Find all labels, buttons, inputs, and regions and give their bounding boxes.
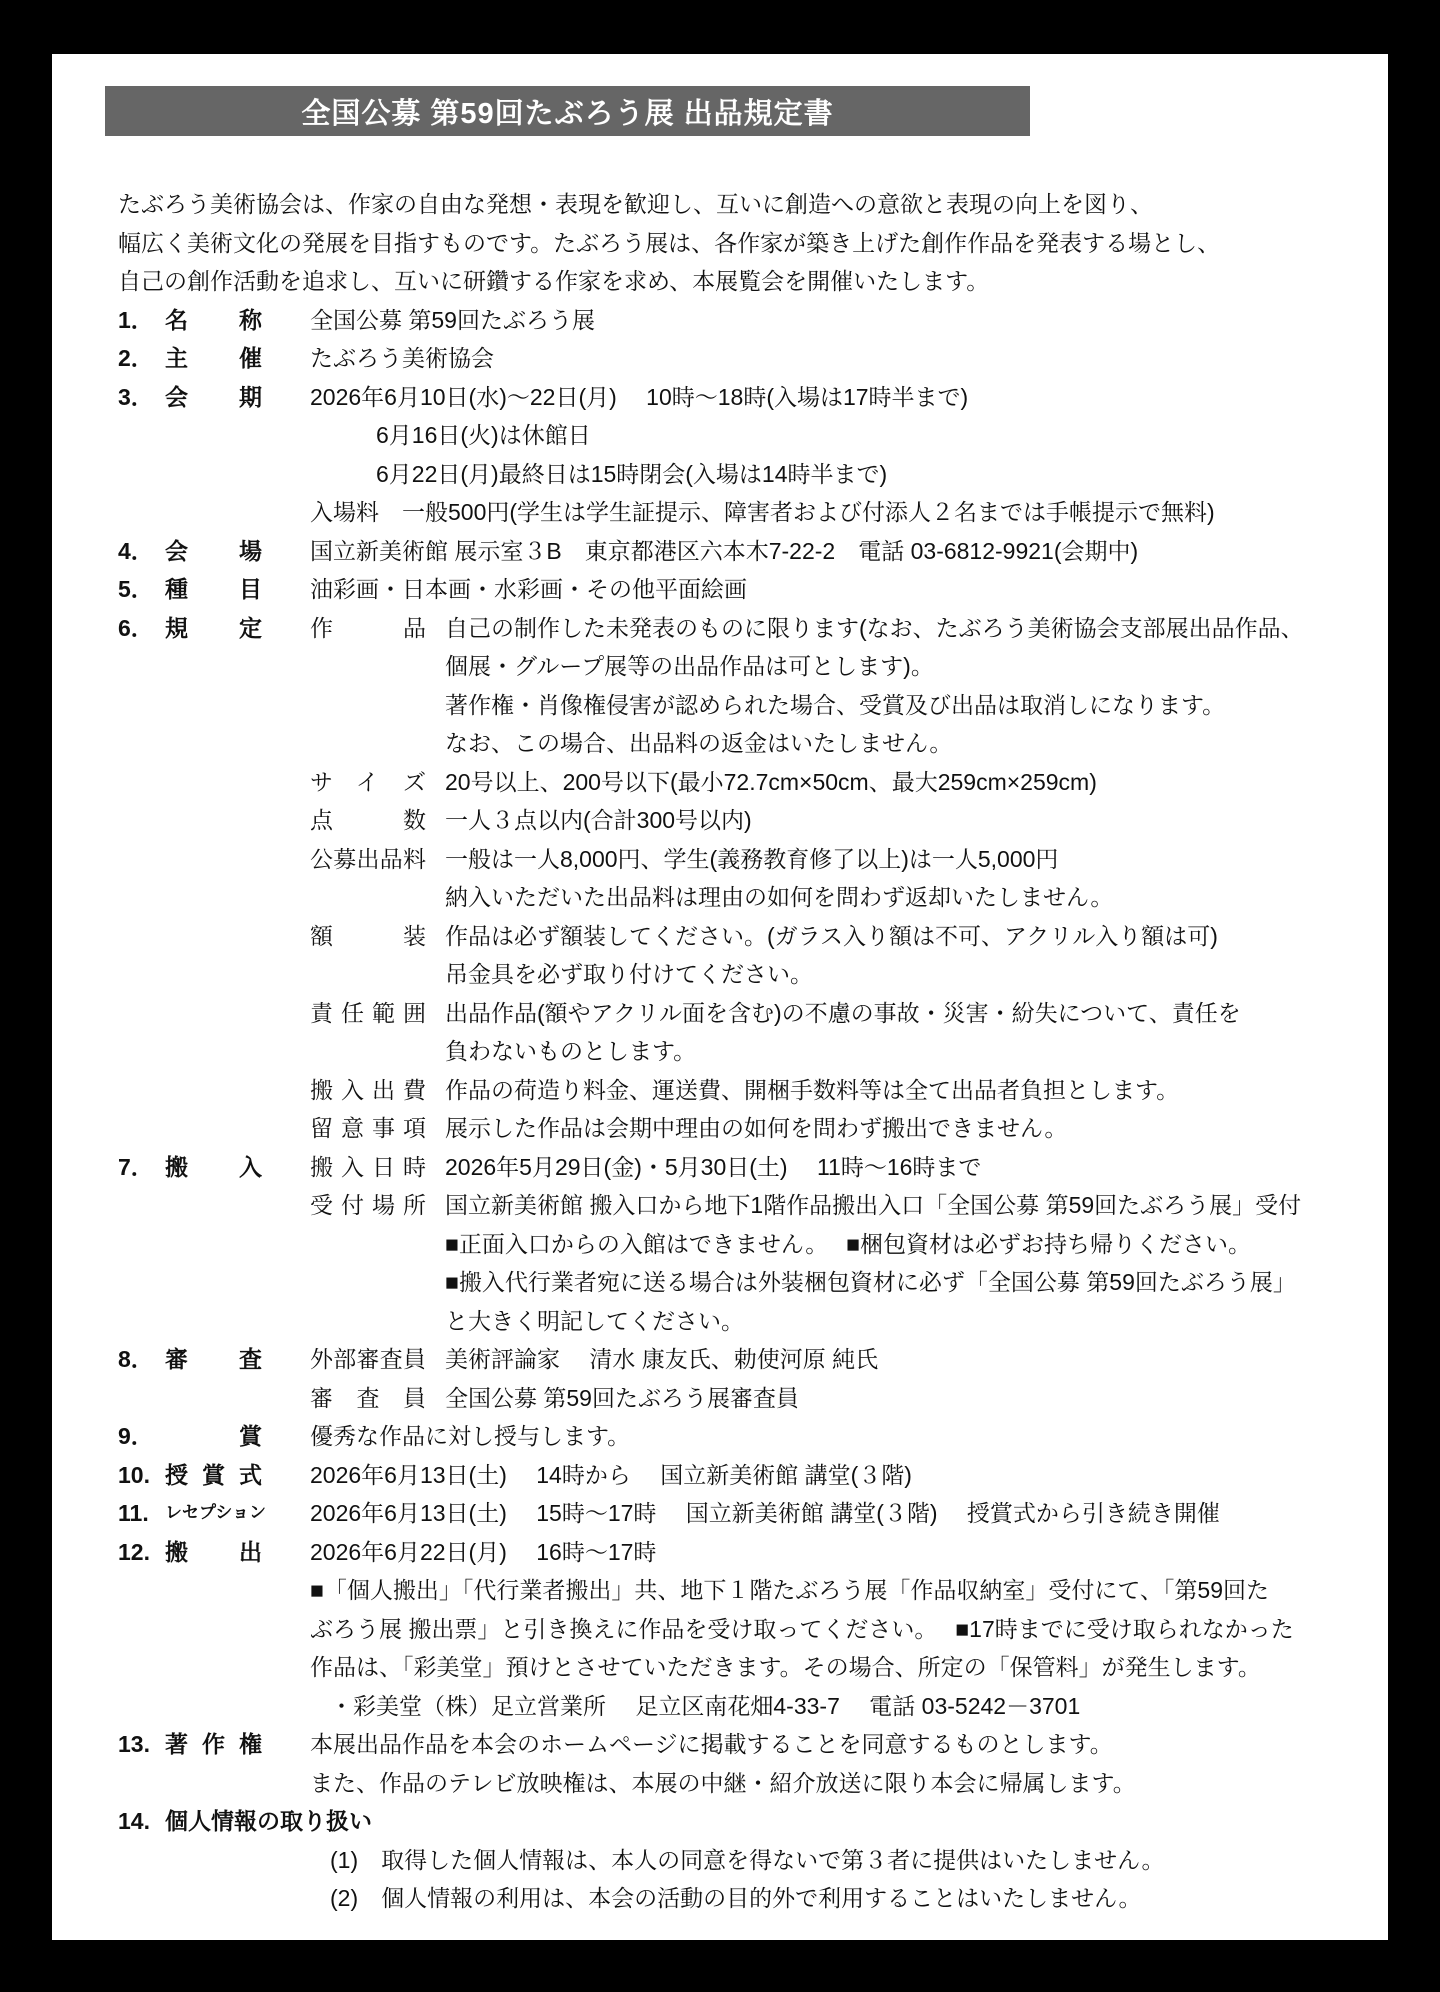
text-line: サイズ20号以上、200号以下(最小72.7cm×50cm、最大259cm×25…: [118, 763, 1382, 802]
text-line: 搬入出費作品の荷造り料金、運送費、開梱手数料等は全て出品者負担とします。: [118, 1071, 1382, 1110]
item-text: 吊金具を必ず取り付けてください。: [445, 955, 813, 994]
item-sublabel: 審査員: [310, 1379, 426, 1418]
text-line: (1) 取得した個人情報は、本人の同意を得ないで第３者に提供はいたしません。: [118, 1841, 1382, 1880]
item-row: 5．種目油彩画・日本画・水彩画・その他平面絵画: [118, 570, 1382, 609]
intro-text: 幅広く美術文化の発展を目指すものです。たぶろう展は、各作家が築き上げた創作作品を…: [118, 224, 1220, 263]
item-label: 賞: [165, 1417, 262, 1456]
item-label: 搬入: [165, 1148, 262, 1187]
item-text: 出品作品(額やアクリル面を含む)の不慮の事故・災害・紛失について、責任を: [445, 994, 1241, 1033]
item-row: 9．賞優秀な作品に対し授与します。: [118, 1417, 1382, 1456]
item-number: 7．: [118, 1148, 165, 1187]
document-page: 全国公募 第59回たぶろう展 出品規定書 たぶろう美術協会は、作家の自由な発想・…: [52, 54, 1388, 1940]
item-number: 1．: [118, 301, 165, 340]
title-bar: 全国公募 第59回たぶろう展 出品規定書: [105, 86, 1030, 136]
item-label: レセプション: [165, 1494, 262, 1533]
item-row: 2．主催たぶろう美術協会: [118, 339, 1382, 378]
item-text: 油彩画・日本画・水彩画・その他平面絵画: [310, 570, 747, 609]
intro-text: 自己の創作活動を追求し、互いに研鑽する作家を求め、本展覧会を開催いたします。: [118, 262, 989, 301]
document-title: 全国公募 第59回たぶろう展 出品規定書: [301, 91, 833, 132]
item-label: 種目: [165, 570, 262, 609]
item-text: (2) 個人情報の利用は、本会の活動の目的外で利用することはいたしません。: [330, 1879, 1142, 1918]
text-line: ■搬入代行業者宛に送る場合は外装梱包資材に必ず「全国公募 第59回たぶろう展」: [118, 1263, 1382, 1302]
item-text: また、作品のテレビ放映権は、本展の中継・紹介放送に限り本会に帰属します。: [310, 1764, 1136, 1803]
text-line: ぶろう展 搬出票」と引き換えに作品を受け取ってください。 ■17時までに受け取ら…: [118, 1610, 1382, 1649]
intro-line: たぶろう美術協会は、作家の自由な発想・表現を歓迎し、互いに創造への意欲と表現の向…: [118, 185, 1382, 224]
item-text: 個展・グループ展等の出品作品は可とします)。: [445, 647, 934, 686]
item-text: 美術評論家 清水 康友氏、勅使河原 純氏: [445, 1340, 878, 1379]
item-number: 10.: [118, 1456, 165, 1495]
item-row: 14.個人情報の取り扱い: [118, 1802, 1382, 1841]
item-text: 一人３点以内(合計300号以内): [445, 801, 752, 840]
item-number: 11.: [118, 1494, 165, 1533]
item-number: 13.: [118, 1725, 165, 1764]
item-label: 名称: [165, 301, 262, 340]
text-line: ■「個人搬出」「代行業者搬出」共、地下１階たぶろう展「作品収納室」受付にて、「第…: [118, 1571, 1382, 1610]
item-label: 著作権: [165, 1725, 262, 1764]
text-line: と大きく明記してください。: [118, 1302, 1382, 1341]
item-label: 会期: [165, 378, 262, 417]
item-row: 7．搬入搬入日時2026年5月29日(金)・5月30日(土) 11時～16時まで: [118, 1148, 1382, 1187]
item-label: 審査: [165, 1340, 262, 1379]
item-sublabel: サイズ: [310, 763, 426, 802]
text-line: 吊金具を必ず取り付けてください。: [118, 955, 1382, 994]
item-row: 6．規定作品自己の制作した未発表のものに限ります(なお、たぶろう美術協会支部展出…: [118, 609, 1382, 648]
item-number: 5．: [118, 570, 165, 609]
item-text: ■正面入口からの入館はできません。 ■梱包資材は必ずお持ち帰りください。: [445, 1225, 1251, 1264]
item-text: 作品は、「彩美堂」預けとさせていただきます。その場合、所定の「保管料」が発生しま…: [310, 1648, 1261, 1687]
item-text: 展示した作品は会期中理由の如何を問わず搬出できません。: [445, 1109, 1067, 1148]
item-text: 6月16日(火)は休館日: [376, 416, 591, 455]
text-line: 公募出品料一般は一人8,000円、学生(義務教育修了以上)は一人5,000円: [118, 840, 1382, 879]
item-sublabel: 額装: [310, 917, 426, 956]
item-text: 作品の荷造り料金、運送費、開梱手数料等は全て出品者負担とします。: [445, 1071, 1179, 1110]
item-number: 6．: [118, 609, 165, 648]
item-text: 本展出品作品を本会のホームページに掲載することを同意するものとします。: [310, 1725, 1113, 1764]
document-body: たぶろう美術協会は、作家の自由な発想・表現を歓迎し、互いに創造への意欲と表現の向…: [118, 185, 1382, 1918]
item-sublabel: 搬入出費: [310, 1071, 426, 1110]
text-line: ・彩美堂（株）足立営業所 足立区南花畑4-33-7 電話 03-5242－370…: [118, 1687, 1382, 1726]
item-text: と大きく明記してください。: [445, 1302, 744, 1341]
text-line: 審査員全国公募 第59回たぶろう展審査員: [118, 1379, 1382, 1418]
item-sublabel: 外部審査員: [310, 1340, 426, 1379]
item-text: ・彩美堂（株）足立営業所 足立区南花畑4-33-7 電話 03-5242－370…: [330, 1687, 1080, 1726]
item-row: 10.授賞式2026年6月13日(土) 14時から 国立新美術館 講堂(３階): [118, 1456, 1382, 1495]
item-text: 全国公募 第59回たぶろう展審査員: [445, 1379, 799, 1418]
item-label: 会場: [165, 532, 262, 571]
text-line: 6月22日(月)最終日は15時閉会(入場は14時半まで): [118, 455, 1382, 494]
item-number: 14.: [118, 1802, 165, 1841]
item-text: 納入いただいた出品料は理由の如何を問わず返却いたしません。: [445, 878, 1113, 917]
item-text: 2026年6月22日(月) 16時～17時: [310, 1533, 656, 1572]
text-line: 負わないものとします。: [118, 1032, 1382, 1071]
item-sublabel: 責任範囲: [310, 994, 426, 1033]
item-text: 自己の制作した未発表のものに限ります(なお、たぶろう美術協会支部展出品作品、: [445, 609, 1304, 648]
item-row: 13.著作権本展出品作品を本会のホームページに掲載することを同意するものとします…: [118, 1725, 1382, 1764]
item-sublabel: 受付場所: [310, 1186, 426, 1225]
item-label: 個人情報の取り扱い: [165, 1802, 372, 1841]
item-sublabel: 搬入日時: [310, 1148, 426, 1187]
item-text: 国立新美術館 展示室３B 東京都港区六本木7-22-2 電話 03-6812-9…: [310, 532, 1138, 571]
item-text: 負わないものとします。: [445, 1032, 696, 1071]
item-sublabel: 留意事項: [310, 1109, 426, 1148]
item-text: なお、この場合、出品料の返金はいたしません。: [445, 724, 952, 763]
text-line: 著作権・肖像権侵害が認められた場合、受賞及び出品は取消しになります。: [118, 686, 1382, 725]
text-line: 個展・グループ展等の出品作品は可とします)。: [118, 647, 1382, 686]
item-row: 3．会期2026年6月10日(水)～22日(月) 10時～18時(入場は17時半…: [118, 378, 1382, 417]
item-row: 11.レセプション2026年6月13日(土) 15時～17時 国立新美術館 講堂…: [118, 1494, 1382, 1533]
item-text: 著作権・肖像権侵害が認められた場合、受賞及び出品は取消しになります。: [445, 686, 1225, 725]
item-text: 優秀な作品に対し授与します。: [310, 1417, 630, 1456]
text-line: なお、この場合、出品料の返金はいたしません。: [118, 724, 1382, 763]
item-text: 全国公募 第59回たぶろう展: [310, 301, 595, 340]
text-line: 納入いただいた出品料は理由の如何を問わず返却いたしません。: [118, 878, 1382, 917]
text-line: 受付場所国立新美術館 搬入口から地下1階作品搬出入口「全国公募 第59回たぶろう…: [118, 1186, 1382, 1225]
item-sublabel: 点数: [310, 801, 426, 840]
item-label: 規定: [165, 609, 262, 648]
item-text: ■「個人搬出」「代行業者搬出」共、地下１階たぶろう展「作品収納室」受付にて、「第…: [310, 1571, 1269, 1610]
text-line: 責任範囲出品作品(額やアクリル面を含む)の不慮の事故・災害・紛失について、責任を: [118, 994, 1382, 1033]
item-number: 4．: [118, 532, 165, 571]
item-text: 2026年6月13日(土) 14時から 国立新美術館 講堂(３階): [310, 1456, 912, 1495]
item-text: 20号以上、200号以下(最小72.7cm×50cm、最大259cm×259cm…: [445, 763, 1097, 802]
item-number: 2．: [118, 339, 165, 378]
item-label: 主催: [165, 339, 262, 378]
item-label: 授賞式: [165, 1456, 262, 1495]
item-text: 2026年5月29日(金)・5月30日(土) 11時～16時まで: [445, 1148, 981, 1187]
item-row: 1．名称全国公募 第59回たぶろう展: [118, 301, 1382, 340]
item-text: ぶろう展 搬出票」と引き換えに作品を受け取ってください。 ■17時までに受け取ら…: [310, 1610, 1294, 1649]
intro-line: 自己の創作活動を追求し、互いに研鑽する作家を求め、本展覧会を開催いたします。: [118, 262, 1382, 301]
item-text: (1) 取得した個人情報は、本人の同意を得ないで第３者に提供はいたしません。: [330, 1841, 1165, 1880]
item-number: 9．: [118, 1417, 165, 1456]
item-text: ■搬入代行業者宛に送る場合は外装梱包資材に必ず「全国公募 第59回たぶろう展」: [445, 1263, 1296, 1302]
text-line: また、作品のテレビ放映権は、本展の中継・紹介放送に限り本会に帰属します。: [118, 1764, 1382, 1803]
text-line: 6月16日(火)は休館日: [118, 416, 1382, 455]
item-sublabel: 公募出品料: [310, 840, 426, 879]
item-row: 12.搬出2026年6月22日(月) 16時～17時: [118, 1533, 1382, 1572]
intro-text: たぶろう美術協会は、作家の自由な発想・表現を歓迎し、互いに創造への意欲と表現の向…: [118, 185, 1153, 224]
item-text: 2026年6月10日(水)～22日(月) 10時～18時(入場は17時半まで): [310, 378, 968, 417]
item-number: 12.: [118, 1533, 165, 1572]
text-line: 点数一人３点以内(合計300号以内): [118, 801, 1382, 840]
item-text: 国立新美術館 搬入口から地下1階作品搬出入口「全国公募 第59回たぶろう展」受付: [445, 1186, 1301, 1225]
item-text: 2026年6月13日(土) 15時～17時 国立新美術館 講堂(３階) 授賞式か…: [310, 1494, 1220, 1533]
item-sublabel: 作品: [310, 609, 426, 648]
item-text: 一般は一人8,000円、学生(義務教育修了以上)は一人5,000円: [445, 840, 1058, 879]
text-line: ■正面入口からの入館はできません。 ■梱包資材は必ずお持ち帰りください。: [118, 1225, 1382, 1264]
item-text: 作品は必ず額装してください。(ガラス入り額は不可、アクリル入り額は可): [445, 917, 1218, 956]
item-row: 4．会場国立新美術館 展示室３B 東京都港区六本木7-22-2 電話 03-68…: [118, 532, 1382, 571]
text-line: 作品は、「彩美堂」預けとさせていただきます。その場合、所定の「保管料」が発生しま…: [118, 1648, 1382, 1687]
text-line: 入場料 一般500円(学生は学生証提示、障害者および付添人２名までは手帳提示で無…: [118, 493, 1382, 532]
item-number: 3．: [118, 378, 165, 417]
item-text: 6月22日(月)最終日は15時閉会(入場は14時半まで): [376, 455, 887, 494]
text-line: 額装作品は必ず額装してください。(ガラス入り額は不可、アクリル入り額は可): [118, 917, 1382, 956]
text-line: 留意事項展示した作品は会期中理由の如何を問わず搬出できません。: [118, 1109, 1382, 1148]
item-label: 搬出: [165, 1533, 262, 1572]
item-text: 入場料 一般500円(学生は学生証提示、障害者および付添人２名までは手帳提示で無…: [310, 493, 1215, 532]
text-line: (2) 個人情報の利用は、本会の活動の目的外で利用することはいたしません。: [118, 1879, 1382, 1918]
item-row: 8．審査外部審査員美術評論家 清水 康友氏、勅使河原 純氏: [118, 1340, 1382, 1379]
item-number: 8．: [118, 1340, 165, 1379]
item-text: たぶろう美術協会: [310, 339, 494, 378]
intro-line: 幅広く美術文化の発展を目指すものです。たぶろう展は、各作家が築き上げた創作作品を…: [118, 224, 1382, 263]
